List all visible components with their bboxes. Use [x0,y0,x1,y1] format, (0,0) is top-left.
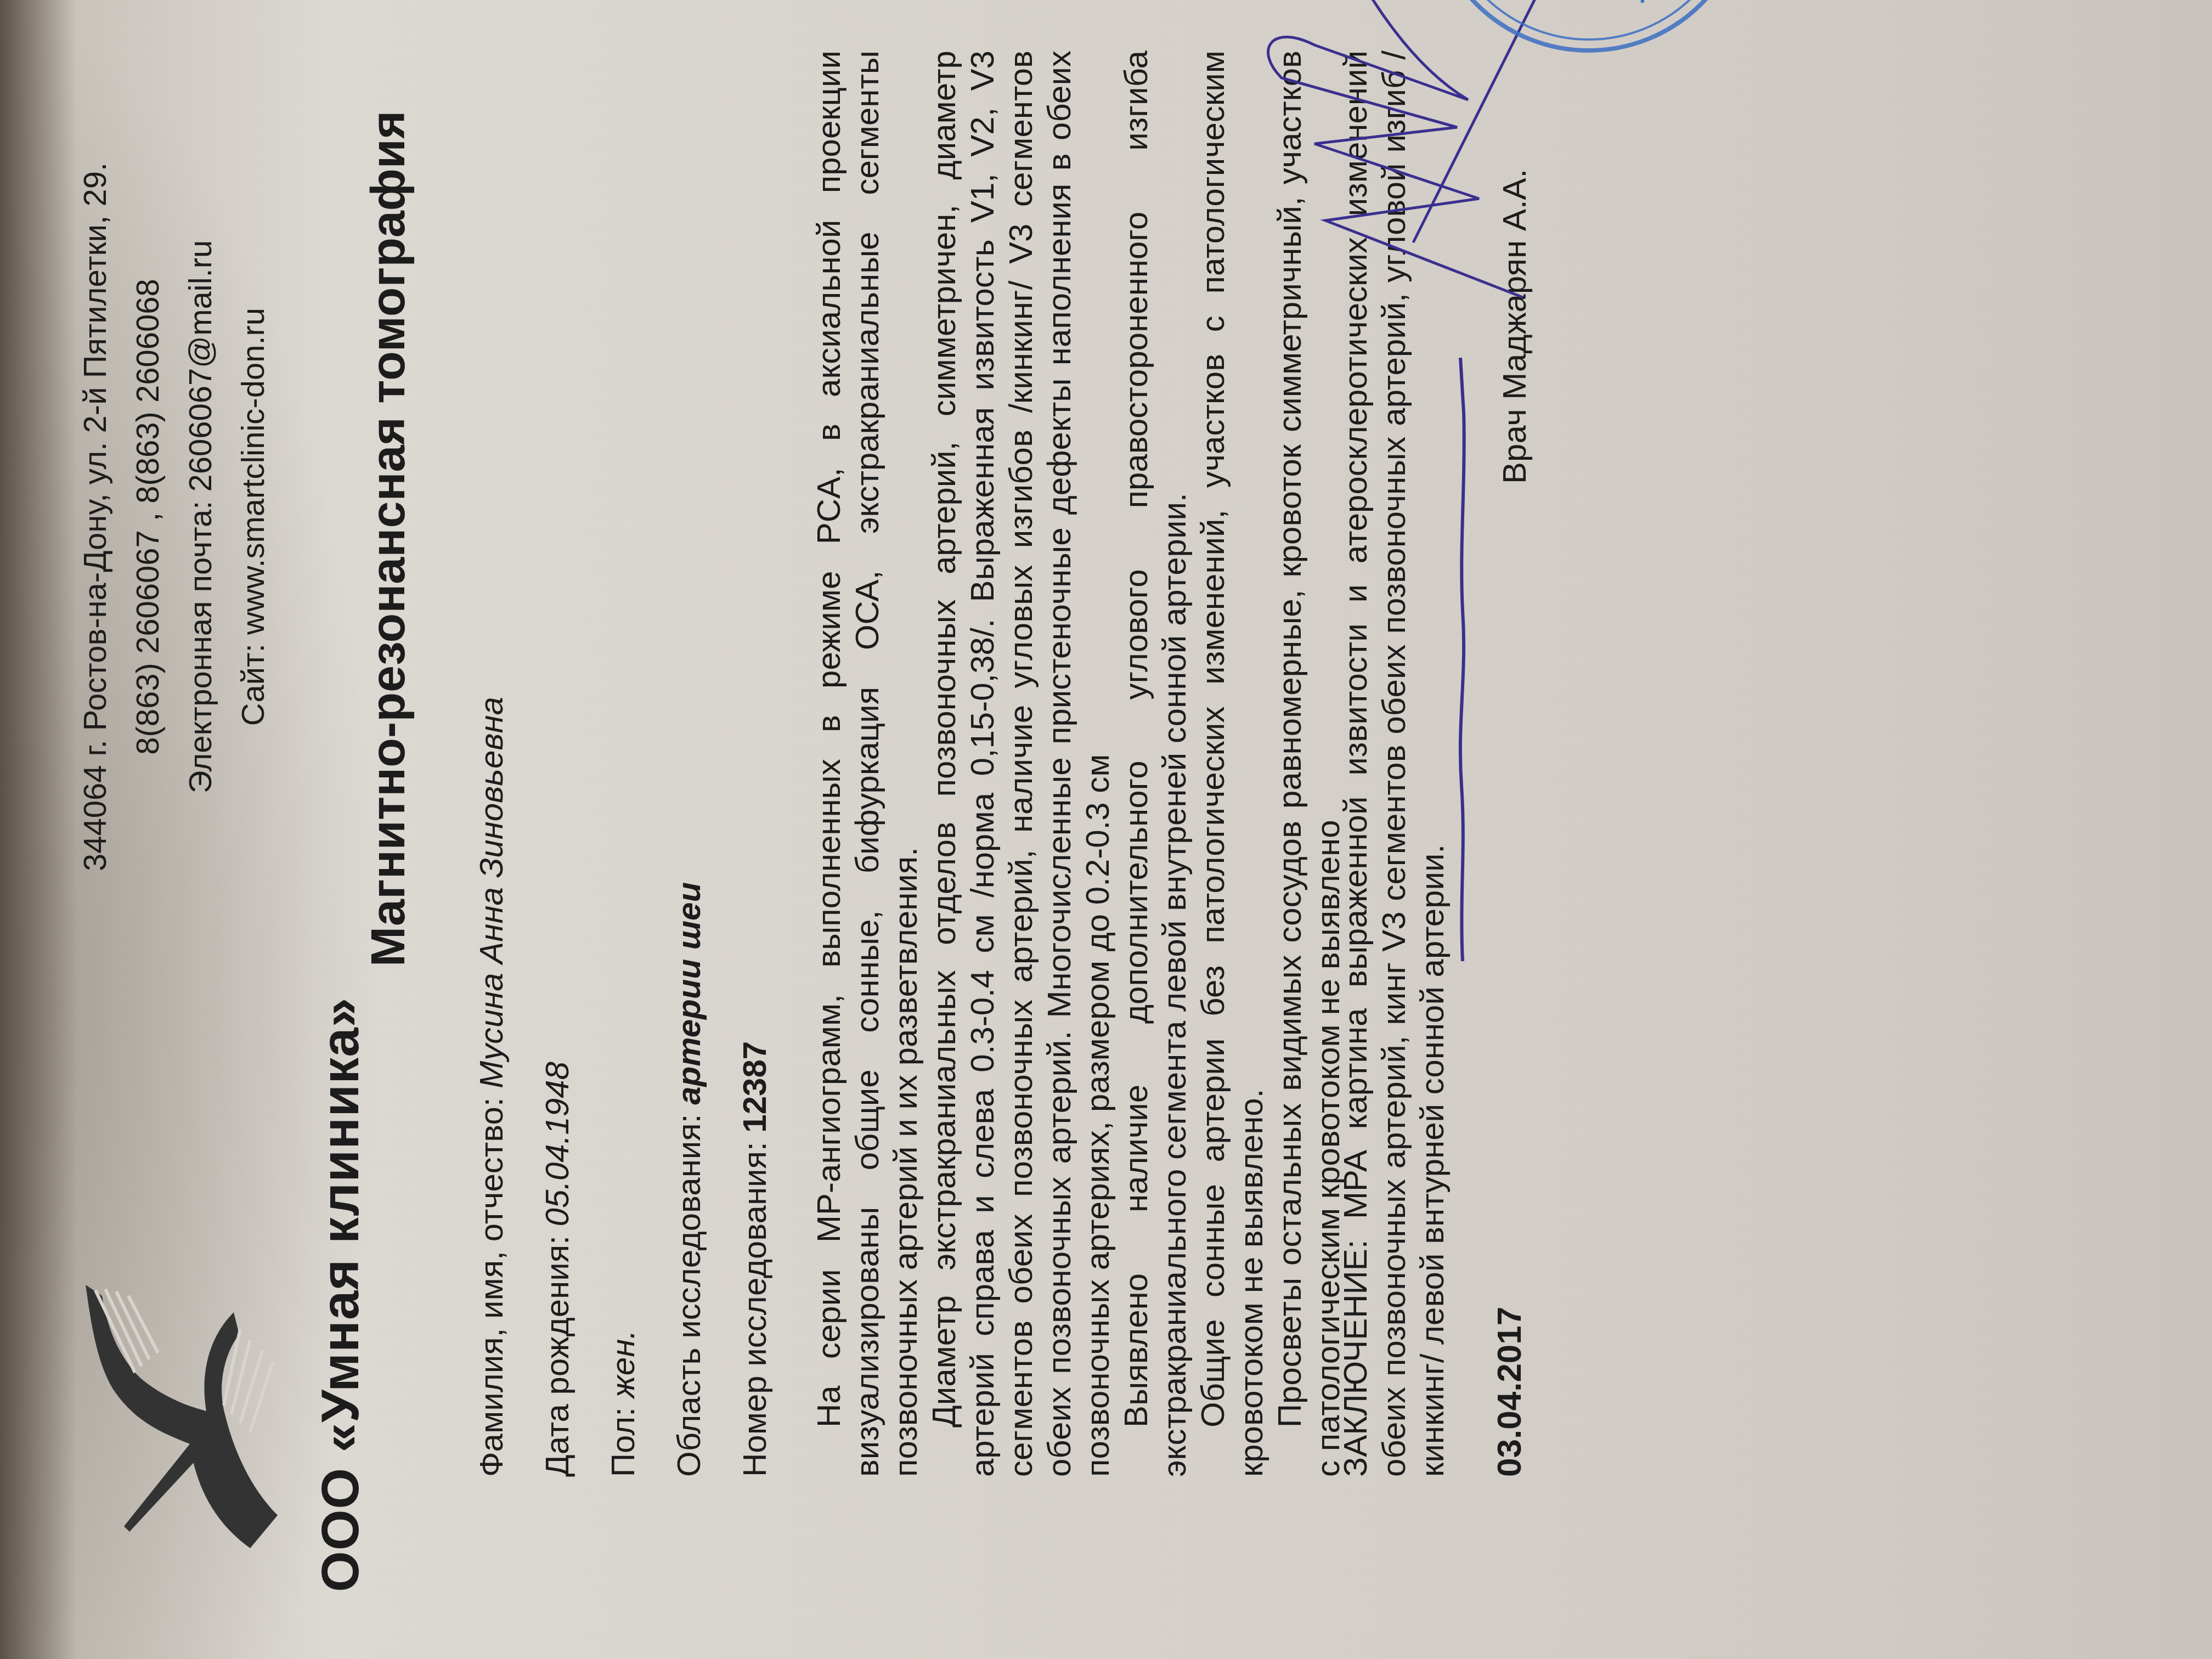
region-value: артерии шеи [670,882,707,1105]
study-number-label: Номер исследования: [736,1142,773,1477]
letterhead: ООО «Умная клиника» 344064 г. Ростов-на-… [53,34,404,1614]
patient-info: Фамилия, имя, отчество: Мусина Анна Зино… [459,50,788,1477]
patient-name-label: Фамилия, имя, отчество: [473,1097,510,1477]
study-number-value: 12387 [736,1041,773,1133]
website: Сайт: www.smartclinic-don.ru [227,0,280,1038]
email: Электронная почта: 2606067@mail.ru [174,0,227,1038]
patient-name-row: Фамилия, имя, отчество: Мусина Анна Зино… [459,50,524,1477]
address: 344064 г. Ростов-на-Дону, ул. 2-й Пятиле… [69,0,122,1038]
finding-paragraph: Диаметр экстракраниальных отделов позвон… [925,50,1117,1477]
department-title: Магнитно-резонансная томография [360,0,416,1087]
region-row: Область исследования: артерии шеи [656,50,722,1477]
sex-row: Пол: жен. [590,50,656,1477]
sex-value: жен. [605,1330,641,1398]
region-label: Область исследования: [670,1114,707,1477]
sex-label: Пол: [605,1407,641,1477]
phones: 8(863) 2606067 , 8(863) 2606068 [122,0,174,1038]
patient-name-value: Мусина Анна Зиновьевна [473,697,510,1088]
dob-row: Дата рождения: 05.04.1948 [524,50,590,1477]
study-number-row: Номер исследования: 12387 [722,50,788,1477]
doctor-stamp-icon: МАДЖАРЯН АРТУР АКОПОВИЧ ВРАЧ [1413,0,1764,67]
dob-label: Дата рождения: [539,1235,575,1477]
report-date: 03.04.2017 [1490,1307,1529,1477]
contact-block: 344064 г. Ростов-на-Дону, ул. 2-й Пятиле… [69,0,280,1038]
medical-report-page: ООО «Умная клиника» 344064 г. Ростов-на-… [36,12,2176,1647]
dob-value: 05.04.1948 [539,1062,575,1226]
clinic-logo-bird-icon [69,1263,300,1570]
finding-paragraph: На серии МР-ангиограмм, выполненных в ре… [810,50,925,1477]
ink-underline [1452,358,1474,961]
finding-paragraph: Выявлено наличие дополнительного угловог… [1117,50,1194,1477]
